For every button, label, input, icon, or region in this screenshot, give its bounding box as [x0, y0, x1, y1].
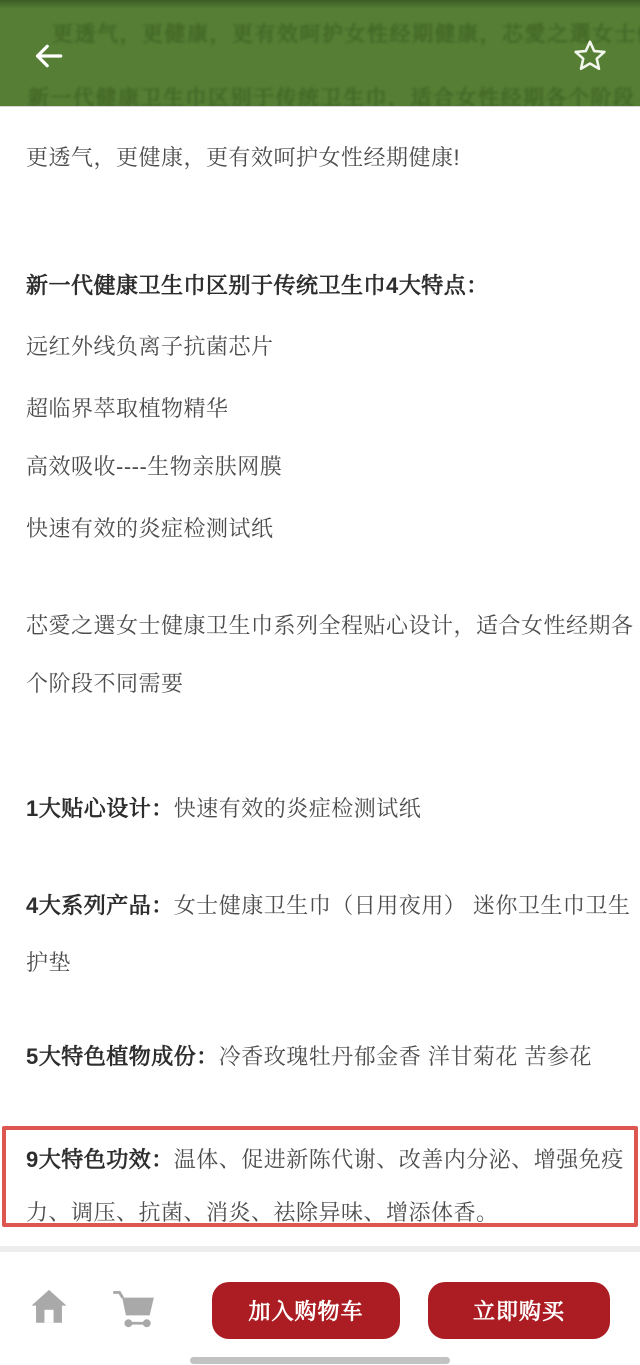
- description-line: 快速有效的炎症检测试纸: [26, 516, 274, 542]
- description-line: 超临界萃取植物精华: [26, 396, 229, 422]
- product-detail-screen: 更透气，更健康，更有效呵护女性经期健康，芯愛之選女士健 新一代健康卫生巾区别于传…: [0, 0, 640, 1365]
- back-button[interactable]: [30, 38, 66, 74]
- home-indicator[interactable]: [190, 1357, 450, 1364]
- add-to-cart-button[interactable]: 加入购物车: [212, 1282, 400, 1339]
- feature-line-design: 1大贴心设计：快速有效的炎症检测试纸: [26, 796, 421, 822]
- home-button[interactable]: [28, 1286, 70, 1328]
- feature-text: 冷香玫瑰牡丹郁金香 洋甘菊花 苦参花: [219, 1044, 592, 1069]
- home-icon: [28, 1316, 70, 1331]
- feature-label: 5大特色植物成份：: [26, 1044, 219, 1069]
- buy-now-button[interactable]: 立即购买: [428, 1282, 610, 1339]
- header-ghost-text-1: 更透气，更健康，更有效呵护女性经期健康，芯愛之選女士健: [52, 18, 640, 48]
- section-heading-4-features: 新一代健康卫生巾区别于传统卫生巾4大特点：: [26, 273, 489, 299]
- shopping-cart-icon: [108, 1319, 158, 1334]
- feature-line-effects-2: 力、调压、抗菌、消炎、祛除异味、增添体香。: [26, 1200, 499, 1226]
- feature-text: 温体、促进新陈代谢、改善内分泌、增强免疫: [174, 1147, 624, 1172]
- feature-text: 女士健康卫生巾（日用夜用） 迷你卫生巾卫生: [174, 893, 631, 918]
- description-line: 远红外线负离子抗菌芯片: [26, 334, 274, 360]
- feature-line-effects: 9大特色功效：温体、促进新陈代谢、改善内分泌、增强免疫: [26, 1147, 624, 1173]
- app-header: 更透气，更健康，更有效呵护女性经期健康，芯愛之選女士健 新一代健康卫生巾区别于传…: [0, 0, 640, 107]
- header-ghost-text-2: 新一代健康卫生巾区别于传统卫生巾，适合女性经期各个阶段: [28, 82, 636, 107]
- cart-button[interactable]: [108, 1283, 158, 1331]
- description-line: 芯愛之選女士健康卫生巾系列全程贴心设计，适合女性经期各: [26, 613, 634, 639]
- favorite-button[interactable]: [572, 38, 608, 74]
- bottom-action-bar: 加入购物车 立即购买: [0, 1252, 640, 1365]
- description-line: 个阶段不同需要: [26, 671, 184, 697]
- description-line: 护垫: [26, 950, 71, 976]
- feature-line-series: 4大系列产品：女士健康卫生巾（日用夜用） 迷你卫生巾卫生: [26, 893, 630, 919]
- feature-label: 4大系列产品：: [26, 893, 174, 918]
- feature-line-ingredients: 5大特色植物成份：冷香玫瑰牡丹郁金香 洋甘菊花 苦参花: [26, 1044, 592, 1070]
- feature-label: 9大特色功效：: [26, 1147, 174, 1172]
- back-arrow-icon: [30, 62, 66, 77]
- star-icon: [572, 62, 608, 77]
- feature-text: 快速有效的炎症检测试纸: [174, 796, 422, 821]
- feature-label: 1大贴心设计：: [26, 796, 174, 821]
- description-line: 更透气，更健康，更有效呵护女性经期健康!: [26, 145, 460, 171]
- description-line: 高效吸收----生物亲肤网膜: [26, 454, 282, 480]
